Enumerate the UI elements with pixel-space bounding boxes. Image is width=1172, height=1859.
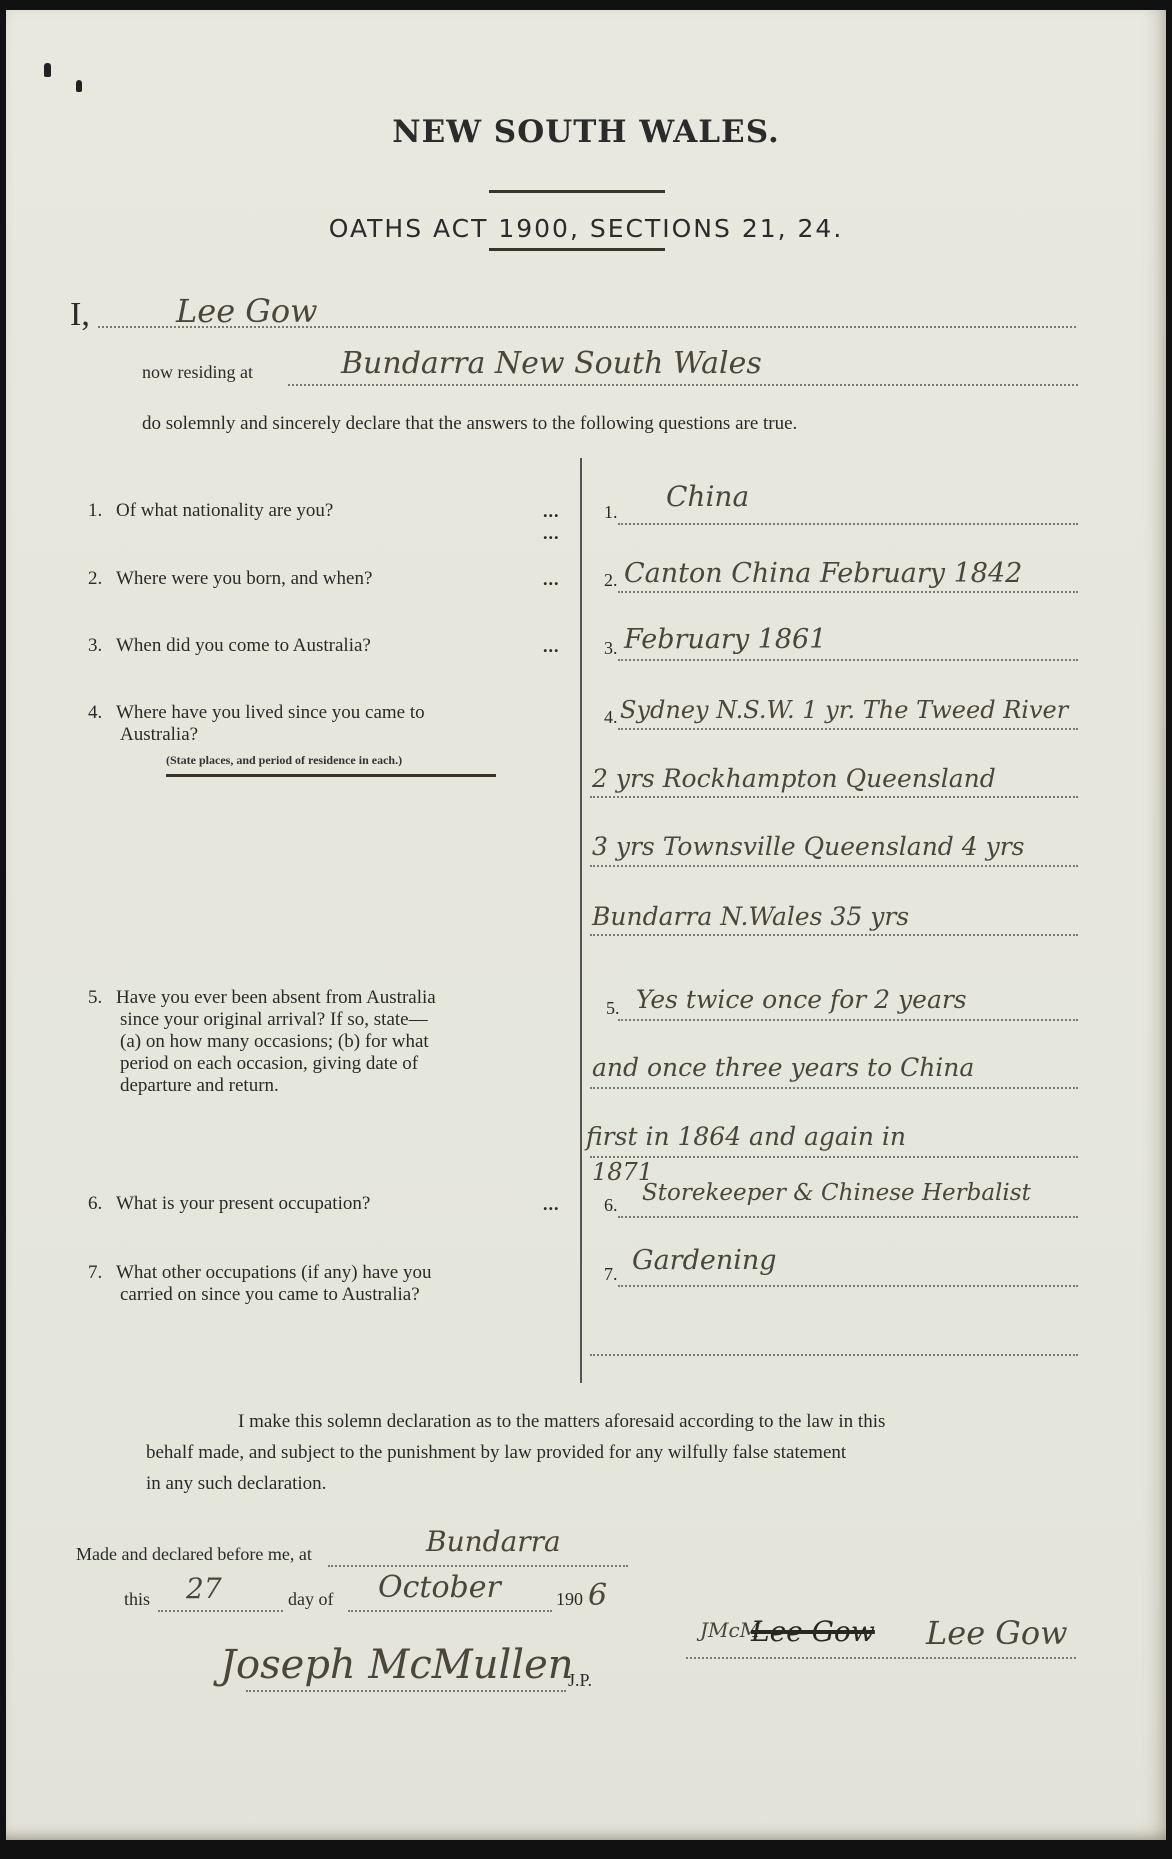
answer-5-number: 5. (606, 998, 620, 1019)
attestation-month: October (378, 1570, 501, 1605)
answer-5-line-1: Yes twice once for 2 years (636, 985, 967, 1014)
residence-value: Bundarra New South Wales (341, 346, 762, 381)
document-page: NEW SOUTH WALES. OATHS ACT 1900, SECTION… (6, 10, 1166, 1840)
subtitle-divider (489, 248, 665, 251)
answer-2-number: 2. (604, 570, 618, 591)
answer-4-line-1: Sydney N.S.W. 1 yr. The Tweed River (620, 696, 1068, 724)
answer-2: Canton China February 1842 (624, 558, 1022, 589)
answer-7: Gardening (632, 1245, 777, 1276)
answer-line (618, 659, 1078, 661)
made-declared-label: Made and declared before me, at (76, 1544, 312, 1565)
question-4: 4.Where have you lived since you came to… (88, 702, 568, 777)
attestation-day: 27 (186, 1572, 222, 1605)
answer-7-number: 7. (604, 1264, 618, 1285)
declarant-signature-line (686, 1657, 1076, 1659)
year-prefix: 190 (556, 1589, 583, 1610)
answer-4-line-3: 3 yrs Townsville Queensland 4 yrs (592, 832, 1025, 861)
answer-6-number: 6. (604, 1195, 618, 1216)
this-label: this (124, 1589, 150, 1610)
year-suffix: 6 (588, 1578, 607, 1613)
ink-mark (44, 63, 51, 77)
question-6: 6.What is your present occupation? ... (88, 1193, 568, 1215)
declare-statement: do solemnly and sincerely declare that t… (142, 413, 797, 435)
day-of-label: day of (288, 1589, 333, 1610)
answer-line (590, 1087, 1078, 1089)
answer-line (618, 728, 1078, 730)
answer-4-number: 4. (604, 707, 618, 728)
question-7: 7.What other occupations (if any) have y… (88, 1262, 568, 1306)
residence-line (288, 384, 1078, 386)
page-subtitle: OATHS ACT 1900, SECTIONS 21, 24. (6, 214, 1166, 243)
answer-line (618, 1285, 1078, 1287)
answer-line (590, 796, 1078, 798)
title-divider (489, 190, 665, 193)
declaration-line-3: in any such declaration. (146, 1468, 326, 1499)
question-5: 5.Have you ever been absent from Austral… (88, 987, 568, 1097)
declarant-prefix: I, (70, 296, 90, 334)
answer-1-number: 1. (604, 502, 618, 523)
answer-4-line-2: 2 yrs Rockhampton Queensland (592, 764, 996, 793)
place-line (328, 1565, 628, 1567)
answer-5-line-2: and once three years to China (592, 1053, 974, 1082)
answer-4-line-4: Bundarra N.Wales 35 yrs (592, 902, 909, 931)
answer-line (618, 523, 1078, 525)
day-line (158, 1610, 283, 1612)
answer-line (618, 591, 1078, 593)
question-2: 2.Where were you born, and when? ... (88, 568, 568, 590)
answer-line (590, 934, 1078, 936)
answer-line (618, 1216, 1078, 1218)
jp-label: J.P. (568, 1670, 592, 1691)
declarant-name: Lee Gow (176, 292, 318, 330)
answer-3-number: 3. (604, 638, 618, 659)
page-title: NEW SOUTH WALES. (6, 114, 1166, 150)
note-underline (166, 774, 496, 777)
declaration-line-2: behalf made, and subject to the punishme… (146, 1437, 846, 1468)
declarant-signature: Lee Gow (926, 1614, 1068, 1652)
month-line (348, 1610, 552, 1612)
answer-6: Storekeeper & Chinese Herbalist (642, 1180, 1031, 1206)
question-3: 3.When did you come to Australia? ... (88, 635, 568, 657)
answer-3: February 1861 (624, 624, 826, 655)
answer-line (618, 1019, 1078, 1021)
answer-5-line-3: first in 1864 and again in (586, 1122, 906, 1151)
residing-label: now residing at (142, 362, 253, 383)
jp-signature-line (246, 1690, 566, 1692)
declaration-line-1: I make this solemn declaration as to the… (238, 1406, 885, 1437)
answer-1: China (666, 480, 749, 513)
attestation-place: Bundarra (426, 1525, 561, 1558)
jp-signature: Joseph McMullen (220, 1642, 574, 1688)
column-divider (580, 458, 582, 1383)
answer-line (590, 865, 1078, 867)
ink-mark (76, 80, 82, 92)
struck-signature: Lee Gow (751, 1615, 875, 1648)
answer-line-blank (590, 1354, 1078, 1356)
question-1: 1.Of what nationality are you? ... ... (88, 500, 568, 522)
question-4-note: (State places, and period of residence i… (88, 749, 568, 771)
answer-line (590, 1156, 1078, 1158)
